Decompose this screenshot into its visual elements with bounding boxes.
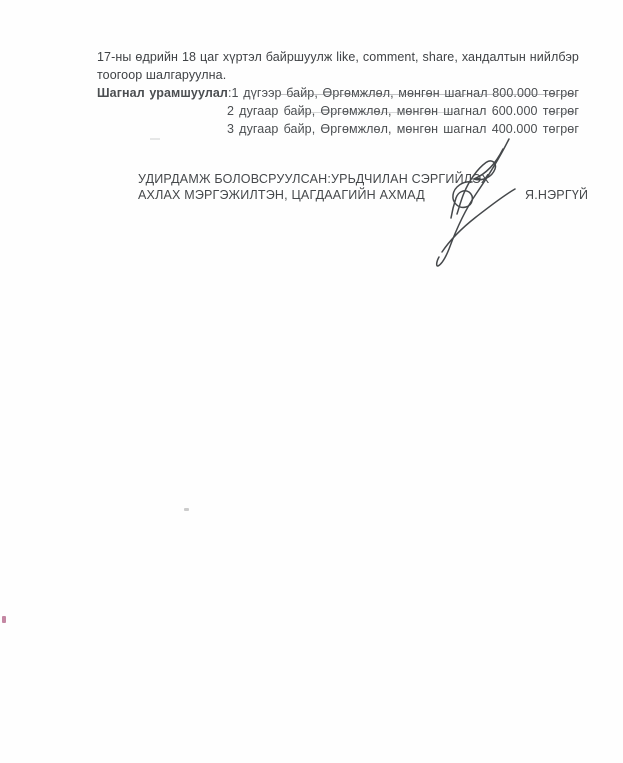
scan-artifact-smudge xyxy=(150,138,160,140)
paragraph-line-1: 17-ны өдрийн 18 цаг хүртэл байршуулж lik… xyxy=(97,50,579,65)
signatory-line-2: АХЛАХ МЭРГЭЖИЛТЭН, ЦАГДААГИЙН АХМАД xyxy=(138,188,425,203)
signatory-name: Я.НЭРГҮЙ xyxy=(525,188,588,203)
prize-line-1: Шагнал урамшуулал:1 дүгээр байр, Өргөмжл… xyxy=(97,86,579,101)
paragraph-line-2: тоогоор шалгаруулна. xyxy=(97,68,226,83)
scan-speck-gray xyxy=(184,508,189,511)
scan-speck-pink xyxy=(2,616,6,623)
document-page: 17-ны өдрийн 18 цаг хүртэл байршуулж lik… xyxy=(0,0,623,763)
prize-item-2: 2 дугаар байр, Өргөмжлөл, мөнгөн шагнал … xyxy=(227,104,579,119)
prize-label: Шагнал урамшуулал xyxy=(97,86,228,100)
handwritten-signature xyxy=(420,128,522,276)
prize-item-3: 3 дугаар байр, Өргөмжлөл, мөнгөн шагнал … xyxy=(227,122,579,137)
prize-item-1: 1 дүгээр байр, Өргөмжлөл, мөнгөн шагнал … xyxy=(232,86,579,100)
